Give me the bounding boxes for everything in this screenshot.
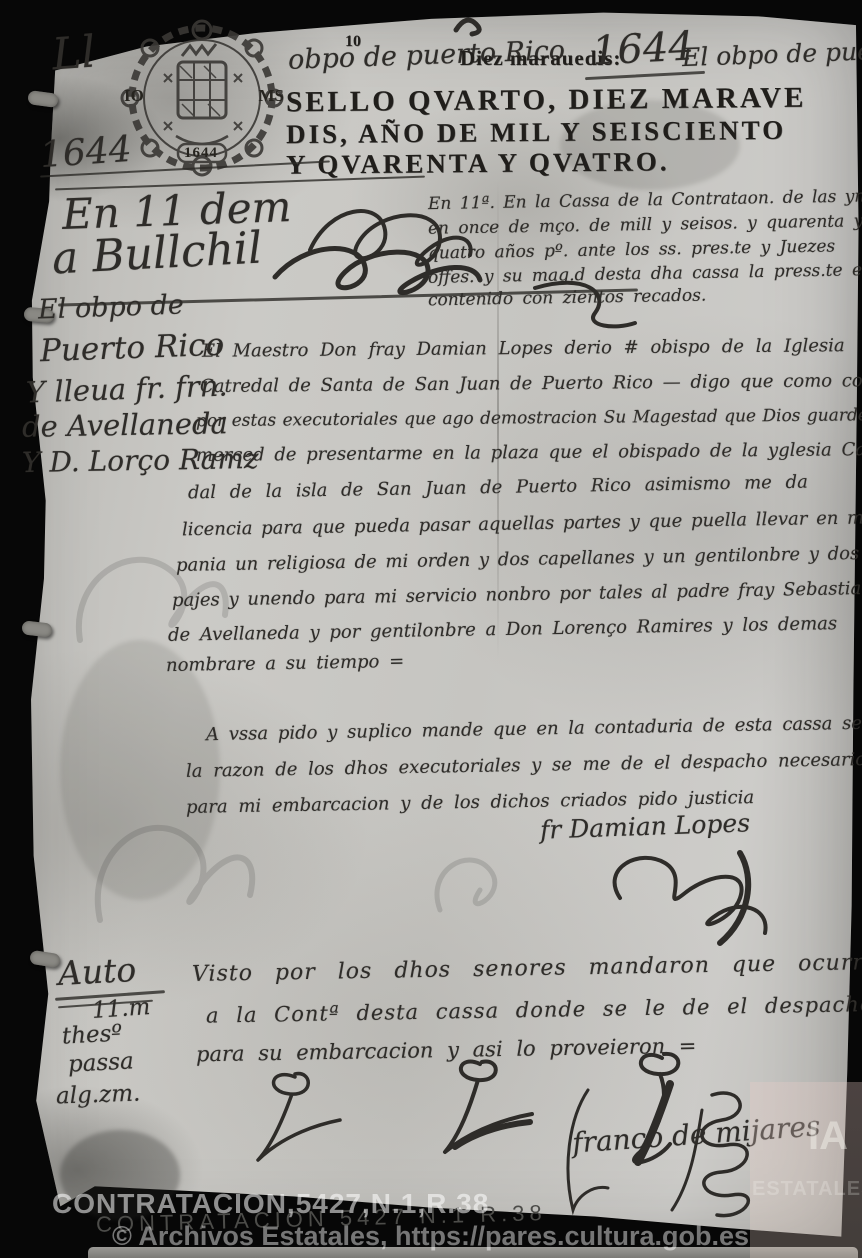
watermark-archive-reference: CONTRATACION,5427,N.1,R.38: [52, 1188, 489, 1220]
pares-logo-text: ESTATALES: [752, 1178, 862, 1201]
corner-mark: Ll: [50, 27, 97, 81]
signature-rubric: [590, 838, 780, 948]
seal-year: 1644: [184, 145, 218, 162]
header-year-annotation: 1644: [591, 23, 695, 74]
watermark-copyright: © Archivos Estatales, https://pares.cult…: [112, 1221, 749, 1252]
margin-note: Puerto Rico: [39, 327, 224, 369]
seal-value-right: MS: [259, 86, 285, 106]
auto-margin-note: alg.zm.: [56, 1081, 141, 1110]
sello-printed-line: SELLO QVARTO, DIEZ MARAVE: [286, 82, 807, 120]
judge-paraph: [420, 1052, 540, 1172]
ghost-flourish: [60, 520, 240, 670]
margin-year: 1644: [39, 129, 133, 176]
sello-printed-line: DIS, AÑO DE MIL Y SEISCIENTO: [286, 115, 786, 150]
binding-cord: [21, 620, 52, 638]
margin-note: Y lleua fr. frn.: [25, 368, 228, 409]
margin-note: El obpo de: [38, 289, 185, 325]
sello-printed-line: Y QVARENTA Y QVATRO.: [286, 146, 670, 180]
auto-margin-note: thesº: [61, 1020, 123, 1049]
auto-margin-note: Auto: [57, 950, 137, 993]
royal-tax-seal-stamp: IO MS 1644: [116, 18, 288, 180]
ghost-flourish: [420, 830, 540, 930]
pares-logo-watermark: IA ESTATALES: [750, 1082, 862, 1258]
auto-margin-note: passa: [67, 1048, 134, 1077]
ghost-flourish: [70, 780, 270, 950]
scanned-manuscript-page: IO MS 1644 Ll obpo de puerto Rico 10 Die…: [0, 0, 862, 1258]
foliation-mark: [450, 10, 490, 38]
printed-ten: 10: [345, 33, 361, 51]
pares-logo-letters: IA: [808, 1114, 848, 1159]
seal-value-left: IO: [124, 86, 144, 106]
signature-rubric: [548, 1080, 628, 1220]
judge-paraph: [240, 1062, 350, 1172]
